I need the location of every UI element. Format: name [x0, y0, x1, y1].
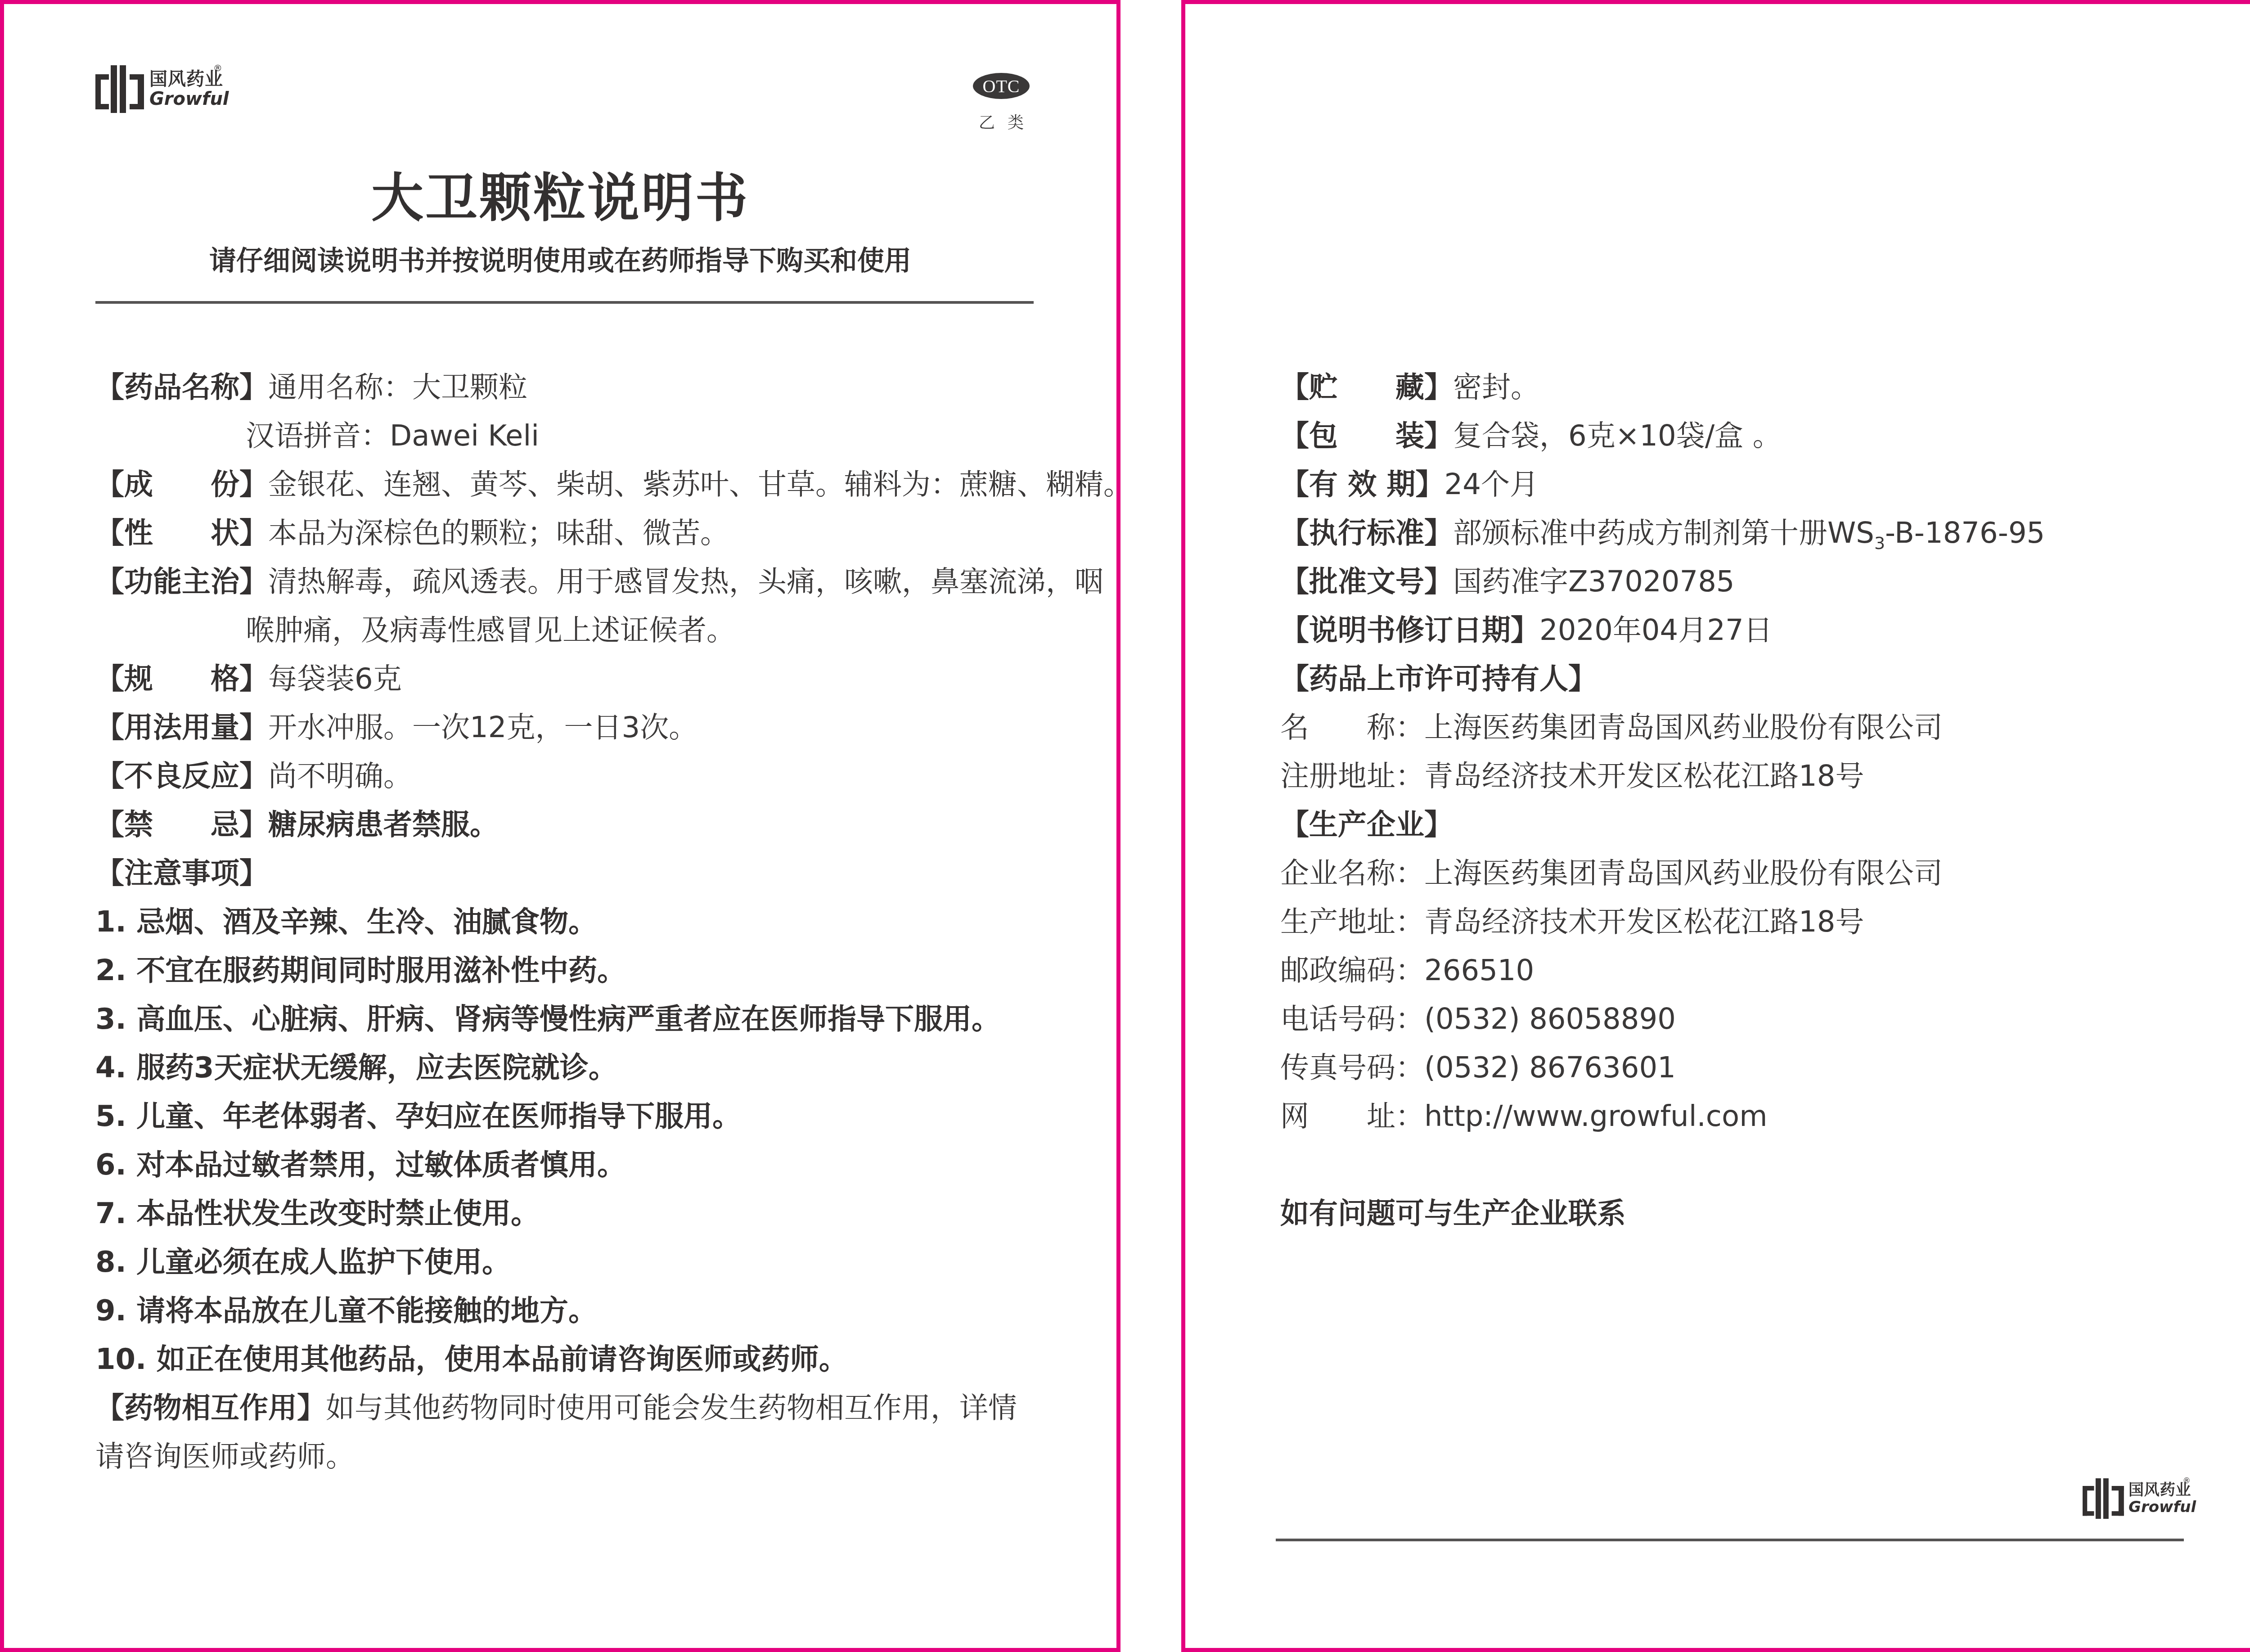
otc-badge: OTC — [973, 73, 1030, 99]
label-drug-name: 【药品名称】 — [95, 363, 268, 412]
row-pinyin: 汉语拼音：Dawei Keli — [95, 412, 1132, 460]
precaution-text: 3. 高血压、心脏病、肝病、肾病等慢性病严重者应在医师指导下服用。 — [95, 995, 1000, 1044]
company-logo: 国风药业 Growful ® — [95, 65, 229, 113]
row-mfr-address: 生产地址：青岛经济技术开发区松花江路18号 — [1280, 898, 2045, 946]
precaution-item: 1. 忌烟、酒及辛辣、生冷、油腻食物。 — [95, 898, 1132, 946]
row-standard: 【执行标准】 部颁标准中药成方制剂第十册WS3-B-1876-95 — [1280, 509, 2045, 558]
row-holder-address: 注册地址：青岛经济技术开发区松花江路18号 — [1280, 752, 2045, 801]
label-package: 【包 装】 — [1280, 412, 1453, 460]
precaution-text: 8. 儿童必须在成人监护下使用。 — [95, 1238, 511, 1287]
label-adverse: 【不良反应】 — [95, 752, 268, 801]
precaution-item: 5. 儿童、年老体弱者、孕妇应在医师指导下服用。 — [95, 1092, 1132, 1141]
row-usage: 【用法用量】 开水冲服。一次12克，一日3次。 — [95, 703, 1132, 752]
validity: 24个月 — [1444, 460, 1539, 509]
row-spec: 【规 格】 每袋装6克 — [95, 655, 1132, 703]
row-drug-name: 【药品名称】 通用名称：大卫颗粒 — [95, 363, 1132, 412]
precaution-text: 7. 本品性状发生改变时禁止使用。 — [95, 1189, 540, 1238]
registered-mark: ® — [213, 63, 222, 73]
row-interaction-cont: 请咨询医师或药师。 — [95, 1432, 1132, 1481]
row-indications: 【功能主治】 清热解毒，疏风透表。用于感冒发热，头痛，咳嗽，鼻塞流涕，咽 — [95, 558, 1132, 606]
label-revision-date: 【说明书修订日期】 — [1280, 606, 1539, 655]
document-subtitle: 请仔细阅读说明书并按说明使用或在药师指导下购买和使用 — [4, 245, 1116, 277]
document-title: 大卫颗粒说明书 — [4, 167, 1116, 230]
label-manufacturer: 【生产企业】 — [1280, 801, 1453, 849]
row-indications-cont: 喉肿痛，及病毒性感冒见上述证候者。 — [95, 606, 1132, 655]
row-contact-note: 如有问题可与生产企业联系 — [1280, 1189, 2045, 1238]
row-revision: 【说明书修订日期】 2020年04月27日 — [1280, 606, 2045, 655]
row-website: 网 址：http://www.growful.com — [1280, 1092, 2045, 1141]
phone-number: 电话号码：(0532) 86058890 — [1280, 995, 1676, 1044]
manufacturer-address: 生产地址：青岛经济技术开发区松花江路18号 — [1280, 898, 1864, 946]
row-postcode: 邮政编码：266510 — [1280, 946, 2045, 995]
ingredients: 金银花、连翘、黄芩、柴胡、紫苏叶、甘草。辅料为：蔗糖、糊精。 — [268, 460, 1132, 509]
registered-mark: ® — [2183, 1476, 2191, 1485]
package: 复合袋，6克×10袋/盒 。 — [1453, 412, 1782, 460]
row-interaction: 【药物相互作用】 如与其他药物同时使用可能会发生药物相互作用，详情 — [95, 1384, 1132, 1432]
label-storage: 【贮 藏】 — [1280, 363, 1453, 412]
standard-prefix: 部颁标准中药成方制剂第十册WS — [1453, 517, 1874, 550]
right-body: 【贮 藏】 密封。 【包 装】 复合袋，6克×10袋/盒 。 【有 效 期】 2… — [1280, 363, 2045, 1238]
label-contraindications: 【禁 忌】 — [95, 801, 268, 849]
postcode: 邮政编码：266510 — [1280, 946, 1534, 995]
row-spacer — [1280, 1141, 2045, 1189]
precaution-item: 8. 儿童必须在成人监护下使用。 — [95, 1238, 1132, 1287]
storage: 密封。 — [1453, 363, 1539, 412]
row-contraindications: 【禁 忌】 糖尿病患者禁服。 — [95, 801, 1132, 849]
standard-subscript: 3 — [1874, 533, 1885, 553]
row-phone: 电话号码：(0532) 86058890 — [1280, 995, 2045, 1044]
label-standard: 【执行标准】 — [1280, 509, 1453, 558]
growful-logo-icon — [2083, 1478, 2124, 1519]
row-precautions-header: 【注意事项】 — [95, 849, 1132, 898]
spec: 每袋装6克 — [268, 655, 402, 703]
row-package: 【包 装】 复合袋，6克×10袋/盒 。 — [1280, 412, 2045, 460]
character: 本品为深棕色的颗粒；味甜、微苦。 — [268, 509, 729, 558]
logo-english-name: Growful — [149, 90, 229, 108]
label-indications: 【功能主治】 — [95, 558, 268, 606]
precaution-item: 6. 对本品过敏者禁用，过敏体质者慎用。 — [95, 1141, 1132, 1189]
header-divider — [95, 301, 1034, 304]
interaction-line-2: 请咨询医师或药师。 — [95, 1432, 355, 1481]
interaction-line-1: 如与其他药物同时使用可能会发生药物相互作用，详情 — [326, 1384, 1017, 1432]
row-character: 【性 状】 本品为深棕色的颗粒；味甜、微苦。 — [95, 509, 1132, 558]
precaution-item: 2. 不宜在服药期间同时服用滋补性中药。 — [95, 946, 1132, 995]
label-spec: 【规 格】 — [95, 655, 268, 703]
row-mfr-name: 企业名称：上海医药集团青岛国风药业股份有限公司 — [1280, 849, 2045, 898]
website-url: 网 址：http://www.growful.com — [1280, 1092, 1768, 1141]
company-logo-footer: 国风药业 Growful ® — [2083, 1478, 2196, 1519]
row-ingredients: 【成 份】 金银花、连翘、黄芩、柴胡、紫苏叶、甘草。辅料为：蔗糖、糊精。 — [95, 460, 1132, 509]
row-holder-header: 【药品上市许可持有人】 — [1280, 655, 2045, 703]
standard-suffix: -B-1876-95 — [1885, 517, 2045, 550]
otc-class-label: 乙类 — [979, 110, 1036, 133]
precaution-text: 2. 不宜在服药期间同时服用滋补性中药。 — [95, 946, 626, 995]
label-usage: 【用法用量】 — [95, 703, 268, 752]
indications-line-1: 清热解毒，疏风透表。用于感冒发热，头痛，咳嗽，鼻塞流涕，咽 — [268, 558, 1103, 606]
fax-number: 传真号码：(0532) 86763601 — [1280, 1044, 1676, 1092]
precaution-item: 7. 本品性状发生改变时禁止使用。 — [95, 1189, 1132, 1238]
label-approval: 【批准文号】 — [1280, 558, 1453, 606]
manufacturer-name: 企业名称：上海医药集团青岛国风药业股份有限公司 — [1280, 849, 1943, 898]
row-approval: 【批准文号】 国药准字Z37020785 — [1280, 558, 2045, 606]
pinyin-name: 汉语拼音：Dawei Keli — [246, 412, 539, 460]
precaution-item: 10. 如正在使用其他药品，使用本品前请咨询医师或药师。 — [95, 1335, 1132, 1384]
indications-line-2: 喉肿痛，及病毒性感冒见上述证候者。 — [246, 606, 735, 655]
row-adverse: 【不良反应】 尚不明确。 — [95, 752, 1132, 801]
precaution-item: 9. 请将本品放在儿童不能接触的地方。 — [95, 1287, 1132, 1335]
precaution-text: 6. 对本品过敏者禁用，过敏体质者慎用。 — [95, 1141, 626, 1189]
row-manufacturer-header: 【生产企业】 — [1280, 801, 2045, 849]
generic-name: 通用名称：大卫颗粒 — [268, 363, 527, 412]
label-character: 【性 状】 — [95, 509, 268, 558]
contraindications: 糖尿病患者禁服。 — [268, 801, 499, 849]
revision-date: 2020年04月27日 — [1539, 606, 1773, 655]
label-license-holder: 【药品上市许可持有人】 — [1280, 655, 1597, 703]
precaution-text: 1. 忌烟、酒及辛辣、生冷、油腻食物。 — [95, 898, 597, 946]
growful-logo-icon — [95, 65, 144, 113]
approval-number: 国药准字Z37020785 — [1453, 558, 1735, 606]
leaflet-page-left: 国风药业 Growful ® OTC 乙类 大卫颗粒说明书 请仔细阅读说明书并按… — [0, 0, 1120, 1652]
precaution-text: 4. 服药3天症状无缓解，应去医院就诊。 — [95, 1044, 617, 1092]
left-body: 【药品名称】 通用名称：大卫颗粒 汉语拼音：Dawei Keli 【成 份】 金… — [95, 363, 1132, 1481]
leaflet-page-right: 【贮 藏】 密封。 【包 装】 复合袋，6克×10袋/盒 。 【有 效 期】 2… — [1181, 0, 2250, 1652]
footer-divider — [1276, 1539, 2184, 1541]
row-storage: 【贮 藏】 密封。 — [1280, 363, 2045, 412]
precaution-item: 4. 服药3天症状无缓解，应去医院就诊。 — [95, 1044, 1132, 1092]
contact-note: 如有问题可与生产企业联系 — [1280, 1189, 1626, 1238]
precaution-text: 9. 请将本品放在儿童不能接触的地方。 — [95, 1287, 597, 1335]
precaution-text: 5. 儿童、年老体弱者、孕妇应在医师指导下服用。 — [95, 1092, 741, 1141]
label-precautions: 【注意事项】 — [95, 849, 268, 898]
row-holder-name: 名 称：上海医药集团青岛国风药业股份有限公司 — [1280, 703, 2045, 752]
label-ingredients: 【成 份】 — [95, 460, 268, 509]
row-validity: 【有 效 期】 24个月 — [1280, 460, 2045, 509]
standard: 部颁标准中药成方制剂第十册WS3-B-1876-95 — [1453, 509, 2045, 558]
precaution-text: 10. 如正在使用其他药品，使用本品前请咨询医师或药师。 — [95, 1335, 848, 1384]
precaution-item: 3. 高血压、心脏病、肝病、肾病等慢性病严重者应在医师指导下服用。 — [95, 995, 1132, 1044]
row-fax: 传真号码：(0532) 86763601 — [1280, 1044, 2045, 1092]
holder-name: 名 称：上海医药集团青岛国风药业股份有限公司 — [1280, 703, 1943, 752]
holder-address: 注册地址：青岛经济技术开发区松花江路18号 — [1280, 752, 1864, 801]
label-interaction: 【药物相互作用】 — [95, 1384, 326, 1432]
label-validity: 【有 效 期】 — [1280, 460, 1444, 509]
logo-english-name: Growful — [2128, 1499, 2196, 1515]
adverse-reactions: 尚不明确。 — [268, 752, 412, 801]
usage: 开水冲服。一次12克，一日3次。 — [268, 703, 697, 752]
